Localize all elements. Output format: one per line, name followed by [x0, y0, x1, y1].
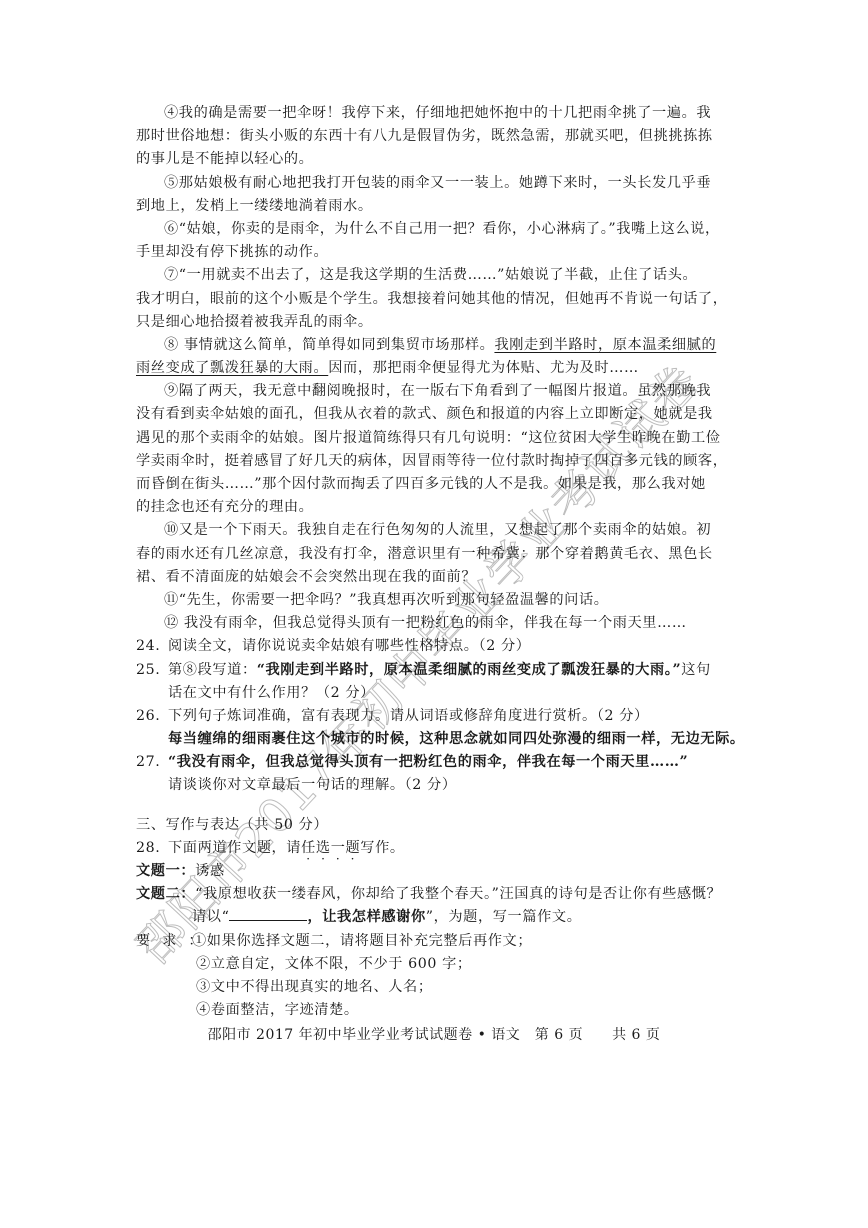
text-line: 春的雨水还有几丝凉意，我没有打伞，潜意识里有一种希冀：那个穿着鹅黄毛衣、黑色长 — [136, 543, 736, 566]
underlined-sentence: 雨丝变成了瓢泼狂暴的大雨。 — [136, 360, 328, 376]
quoted-sentence: “我没有雨伞，但我总觉得头顶有一把粉红色的雨伞，伴我在每一个雨天里……” — [168, 754, 688, 770]
question-number: 25. — [136, 659, 168, 682]
paragraph-8: ⑧ 事情就这么简单，简单得如同到集贸市场那样。我刚走到半路时，原本温柔细腻的 雨… — [136, 334, 736, 380]
requirement-1: 要求：①如果你选择文题二，请将题目补充完整后再作文； — [136, 930, 736, 953]
requirement-4: ④卷面整洁，字迹清楚。 — [136, 999, 736, 1022]
question-number: 26. — [136, 705, 168, 728]
emphasis-char: 选 — [316, 837, 331, 860]
question-text: 下面两道作文题，请 — [168, 840, 301, 856]
text-line: 只是细心地拾掇着被我弄乱的雨伞。 — [136, 311, 736, 334]
topic-label: 文题二： — [136, 886, 195, 902]
underlined-sentence: 我刚走到半路时，原本温柔细腻的 — [494, 337, 716, 353]
text-line: 的事儿是不能掉以轻心的。 — [136, 148, 736, 171]
question-text: 请谈谈你对文章最后一句话的理解。（2 分） — [136, 774, 736, 797]
text-line: 裙、看不清面庞的姑娘会不会突然出现在我的面前？ — [136, 566, 736, 589]
exam-content: ④我的确是需要一把伞呀！我停下来，仔细地把她怀抱中的十几把雨伞挑了一遍。我 那时… — [136, 102, 736, 1022]
topic-2: 文题二：“我原想收获一缕春风，你却给了我整个春天。”汪国真的诗句是否让你有些感慨… — [136, 883, 736, 906]
paragraph-5: ⑤那姑娘极有耐心地把我打开包装的雨伞又一一装上。她蹲下来时，一头长发几乎垂 到地… — [136, 172, 736, 218]
text-line: ⑨隔了两天，我无意中翻阅晚报时，在一版右下角看到了一幅图片报道。虽然那晚我 — [136, 380, 736, 403]
spacer — [136, 798, 736, 814]
topic-label: 文题一： — [136, 863, 195, 879]
text-line: 雨丝变成了瓢泼狂暴的大雨。因而，那把雨伞便显得尤为体贴、尤为及时…… — [136, 357, 736, 380]
text-line: ⑥“姑娘，你卖的是雨伞，为什么不自己用一把？看你，小心淋病了。”我嘴上这么说， — [136, 218, 736, 241]
question-text: 写作。 — [360, 840, 404, 856]
emphasis-char: 一 — [331, 837, 346, 860]
paragraph-11: ⑪“先生，你需要一把伞吗？”我真想再次听到那句轻盈温馨的问话。 — [136, 589, 736, 612]
topic-text: 请以“ — [192, 909, 229, 925]
text-line: ④我的确是需要一把伞呀！我停下来，仔细地把她怀抱中的十几把雨伞挑了一遍。我 — [136, 102, 736, 125]
text-line: 学卖雨伞时，挺着感冒了好几天的病体，因冒雨等待一位付款时掏掉了四百多元钱的顾客， — [136, 450, 736, 473]
question-28: 28.下面两道作文题，请任选一题写作。 — [136, 837, 736, 860]
topic-2-instruction: 请以“，让我怎样感谢你”，为题，写一篇作文。 — [136, 906, 736, 929]
text-line: ⑦“一用就卖不出去了，这是我这学期的生活费……”姑娘说了半截，止住了话头。 — [136, 264, 736, 287]
text-line: ⑩又是一个下雨天。我独自走在行色匆匆的人流里，又想起了那个卖雨伞的姑娘。初 — [136, 519, 736, 542]
topic-title-part: ，让我怎样感谢你 — [307, 909, 425, 925]
topic-title: 诱惑 — [195, 863, 225, 879]
text-line: 没有看到卖伞姑娘的面孔，但我从衣着的款式、颜色和报道的内容上立即断定，她就是我 — [136, 403, 736, 426]
paragraph-9: ⑨隔了两天，我无意中翻阅晚报时，在一版右下角看到了一幅图片报道。虽然那晚我 没有… — [136, 380, 736, 519]
paragraph-7: ⑦“一用就卖不出去了，这是我这学期的生活费……”姑娘说了半截，止住了话头。 我才… — [136, 264, 736, 334]
title-blank — [229, 906, 307, 921]
paragraph-4: ④我的确是需要一把伞呀！我停下来，仔细地把她怀抱中的十几把雨伞挑了一遍。我 那时… — [136, 102, 736, 172]
question-text: 话在文中有什么作用？（2 分） — [136, 682, 736, 705]
question-number: 27. — [136, 751, 168, 774]
question-text: 下列句子炼词准确，富有表现力。请从词语或修辞角度进行赏析。（2 分） — [168, 708, 649, 724]
paragraph-10: ⑩又是一个下雨天。我独自走在行色匆匆的人流里，又想起了那个卖雨伞的姑娘。初 春的… — [136, 519, 736, 589]
emphasis-char: 任 — [301, 837, 316, 860]
text-line: 的挂念也还有充分的理由。 — [136, 496, 736, 519]
page-footer: 邵阳市 2017 年初中毕业学业考试试题卷 • 语文 第 6 页 共 6 页 — [0, 1024, 868, 1044]
topic-text: “我原想收获一缕春风，你却给了我整个春天。”汪国真的诗句是否让你有些感慨？ — [195, 886, 721, 902]
text-line: 那时世俗地想：街头小贩的东西十有八九是假冒伪劣，既然急需，那就买吧，但挑挑拣拣 — [136, 125, 736, 148]
question-text: 这句 — [681, 662, 711, 678]
requirements-label: 要求： — [136, 930, 192, 953]
requirement-2: ②立意自定，文体不限，不少于 600 字； — [136, 953, 736, 976]
question-text: 阅读全文，请你说说卖伞姑娘有哪些性格特点。（2 分） — [168, 638, 531, 654]
question-text: 第⑧段写道： — [168, 662, 257, 678]
question-number: 28. — [136, 837, 168, 860]
exam-page: 邵阳市2017年初中毕业学业考试试卷 ④我的确是需要一把伞呀！我停下来，仔细地把… — [0, 0, 868, 1228]
emphasis-char: 题 — [345, 837, 360, 860]
section-title: 三、写作与表达（共 50 分） — [136, 814, 736, 837]
question-26: 26.下列句子炼词准确，富有表现力。请从词语或修辞角度进行赏析。（2 分） 每当… — [136, 705, 736, 751]
question-24: 24.阅读全文，请你说说卖伞姑娘有哪些性格特点。（2 分） — [136, 635, 736, 658]
text-line: ⑧ 事情就这么简单，简单得如同到集贸市场那样。我刚走到半路时，原本温柔细腻的 — [136, 334, 736, 357]
question-25: 25.第⑧段写道：“我刚走到半路时，原本温柔细腻的雨丝变成了瓢泼狂暴的大雨。”这… — [136, 659, 736, 705]
text-line: 遇见的那个卖雨伞的姑娘。图片报道简练得只有几句说明：“这位贫困大学生昨晚在勤工俭 — [136, 427, 736, 450]
question-number: 24. — [136, 635, 168, 658]
question-27: 27.“我没有雨伞，但我总觉得头顶有一把粉红色的雨伞，伴我在每一个雨天里……” … — [136, 751, 736, 797]
quoted-sentence: 每当缠绵的细雨裹住这个城市的时候，这种思念就如同四处弥漫的细雨一样，无边无际。 — [136, 728, 736, 751]
plain-text: 因而，那把雨伞便显得尤为体贴、尤为及时…… — [328, 360, 639, 376]
text-line: 我才明白，眼前的这个小贩是个学生。我想接着问她其他的情况，但她再不肯说一句话了， — [136, 288, 736, 311]
topic-text: ”，为题，写一篇作文。 — [426, 909, 582, 925]
text-line: 到地上，发梢上一缕缕地淌着雨水。 — [136, 195, 736, 218]
requirement-text: ①如果你选择文题二，请将题目补充完整后再作文； — [192, 933, 532, 949]
quoted-sentence: “我刚走到半路时，原本温柔细腻的雨丝变成了瓢泼狂暴的大雨。” — [257, 662, 681, 678]
writing-section: 三、写作与表达（共 50 分） 28.下面两道作文题，请任选一题写作。 文题一：… — [136, 814, 736, 1023]
text-line: ⑤那姑娘极有耐心地把我打开包装的雨伞又一一装上。她蹲下来时，一头长发几乎垂 — [136, 172, 736, 195]
paragraph-6: ⑥“姑娘，你卖的是雨伞，为什么不自己用一把？看你，小心淋病了。”我嘴上这么说， … — [136, 218, 736, 264]
topic-1: 文题一：诱惑 — [136, 860, 736, 883]
requirement-3: ③文中不得出现真实的地名、人名； — [136, 976, 736, 999]
text-line: 而昏倒在街头……”那个因付款而掏丢了四百多元钱的人不是我。如果是我，那么我对她 — [136, 473, 736, 496]
text-line: 手里却没有停下挑拣的动作。 — [136, 241, 736, 264]
paragraph-12: ⑫ 我没有雨伞，但我总觉得头顶有一把粉红色的雨伞，伴我在每一个雨天里…… — [136, 612, 736, 635]
plain-text: ⑧ 事情就这么简单，简单得如同到集贸市场那样。 — [164, 337, 494, 353]
